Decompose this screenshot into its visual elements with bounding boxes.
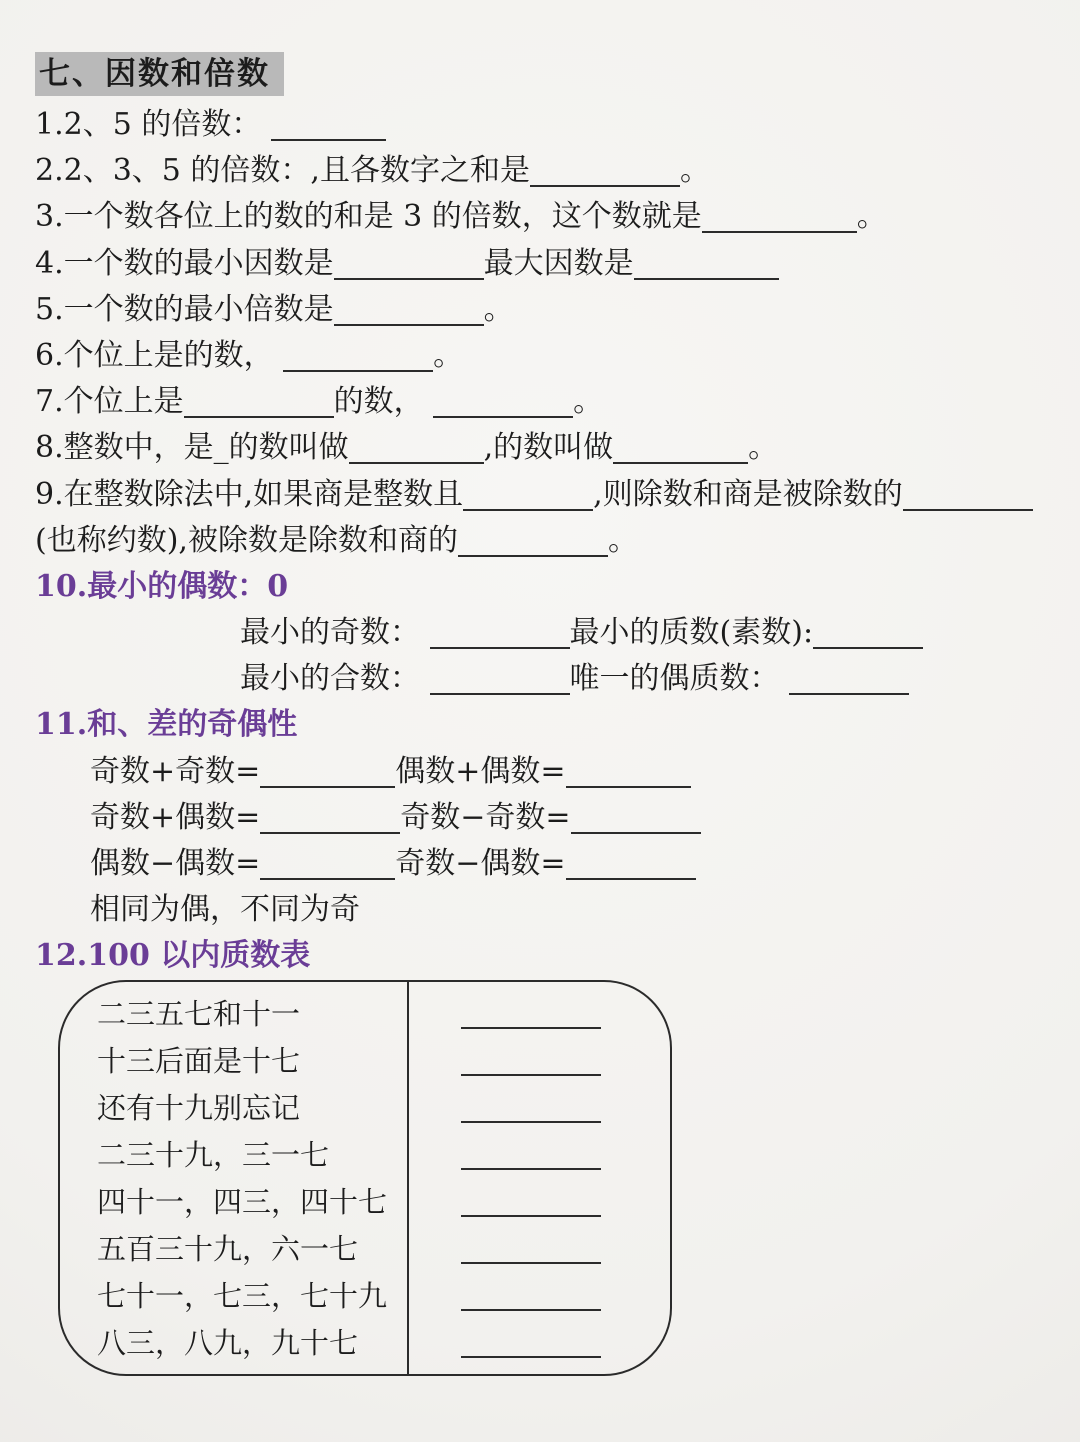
answer-blank-row (409, 1038, 670, 1085)
fill-blank (260, 758, 395, 788)
fill-blank (458, 527, 608, 557)
rhyme-line: 二三十九，三一七 (97, 1132, 407, 1179)
line-text: 12.100 以内质数表 (35, 938, 310, 973)
worksheet-line: 3.一个数各位上的数的和是 3 的倍数，这个数就是。 (35, 194, 1080, 240)
fill-blank (430, 665, 570, 695)
fill-blank (349, 434, 484, 464)
worksheet-lines: 1.2、5 的倍数： 2.2、3、5 的倍数：,且各数字之和是。3.一个数各位上… (35, 102, 1080, 980)
fill-blank (813, 619, 923, 649)
line-text: 8.整数中，是_的数叫做 (35, 430, 349, 465)
answer-blank-line (461, 1309, 601, 1311)
line-text: 。 (433, 338, 463, 373)
answer-blank-row (409, 1273, 670, 1320)
fill-blank (430, 619, 570, 649)
fill-blank (903, 481, 1033, 511)
line-text: 的数， (334, 384, 434, 419)
line-text: 7.个位上是 (35, 384, 184, 419)
answer-blank-line (461, 1027, 601, 1029)
worksheet-content: 七、因数和倍数 1.2、5 的倍数： 2.2、3、5 的倍数：,且各数字之和是。… (0, 0, 1080, 1376)
line-text: 奇数−奇数= (400, 800, 570, 835)
fill-blank (613, 434, 748, 464)
answer-blank-line (461, 1215, 601, 1217)
worksheet-line: 11.和、差的奇偶性 (35, 702, 1080, 748)
fill-blank (566, 850, 696, 880)
answer-blank-row (409, 1226, 670, 1273)
line-text: 最小的质数(素数): (570, 615, 814, 650)
worksheet-line: 最小的合数： 唯一的偶质数： (35, 656, 1080, 702)
line-text: 3.一个数各位上的数的和是 3 的倍数，这个数就是 (35, 199, 702, 234)
worksheet-line: 4.一个数的最小因数是最大因数是 (35, 241, 1080, 287)
fill-blank (334, 250, 484, 280)
worksheet-line: 12.100 以内质数表 (35, 933, 1080, 979)
line-text: 最小的奇数： (240, 615, 430, 650)
line-text: 2.2、3、5 的倍数：,且各数字之和是 (35, 153, 530, 188)
fill-blank (283, 342, 433, 372)
line-text: 。 (608, 523, 638, 558)
line-text: 最大因数是 (484, 246, 634, 281)
rhyme-line: 二三五七和十一 (97, 991, 407, 1038)
line-text: 6.个位上是的数， (35, 338, 283, 373)
line-text: 最小的合数： (240, 661, 430, 696)
worksheet-line: 偶数−偶数=奇数−偶数= (35, 841, 1080, 887)
fill-blank (789, 665, 909, 695)
rhyme-line: 七十一，七三，七十九 (97, 1273, 407, 1320)
answer-blank-row (409, 991, 670, 1038)
line-text: 9.在整数除法中,如果商是整数且 (35, 477, 463, 512)
answer-blank-line (461, 1121, 601, 1123)
worksheet-page: { "colors": { "ink": "#1c1c1c", "accent_… (0, 0, 1080, 1442)
line-text: (也称约数),被除数是除数和商的 (35, 523, 458, 558)
worksheet-line: 5.一个数的最小倍数是。 (35, 287, 1080, 333)
answer-blank-line (461, 1168, 601, 1170)
worksheet-line: 奇数+偶数=奇数−奇数= (35, 795, 1080, 841)
fill-blank (260, 850, 395, 880)
line-text: 相同为偶，不同为奇 (90, 892, 360, 927)
fill-blank (566, 758, 691, 788)
fill-blank (260, 804, 400, 834)
rhyme-line: 五百三十九，六一七 (97, 1226, 407, 1273)
fill-blank (334, 296, 484, 326)
section-title: 七、因数和倍数 (35, 52, 284, 96)
worksheet-line: (也称约数),被除数是除数和商的。 (35, 518, 1080, 564)
rhyme-line: 还有十九别忘记 (97, 1085, 407, 1132)
worksheet-line: 6.个位上是的数， 。 (35, 333, 1080, 379)
line-text: 10.最小的偶数：0 (35, 569, 288, 604)
prime-answer-column (407, 982, 670, 1374)
fill-blank (530, 157, 680, 187)
answer-blank-line (461, 1356, 601, 1358)
fill-blank (184, 388, 334, 418)
fill-blank (634, 250, 779, 280)
answer-blank-line (461, 1074, 601, 1076)
line-text: 奇数−偶数= (395, 846, 565, 881)
line-text: 5.一个数的最小倍数是 (35, 292, 334, 327)
fill-blank (433, 388, 573, 418)
prime-table: 二三五七和十一十三后面是十七还有十九别忘记二三十九，三一七四十一，四三，四十七五… (58, 980, 672, 1376)
fill-blank (571, 804, 701, 834)
line-text: 。 (484, 292, 514, 327)
worksheet-line: 7.个位上是的数， 。 (35, 379, 1080, 425)
line-text: 。 (573, 384, 603, 419)
worksheet-line: 1.2、5 的倍数： (35, 102, 1080, 148)
worksheet-line: 10.最小的偶数：0 (35, 564, 1080, 610)
answer-blank-row (409, 1132, 670, 1179)
answer-blank-row (409, 1179, 670, 1226)
line-text: 。 (857, 199, 887, 234)
line-text: 。 (680, 153, 710, 188)
fill-blank (702, 203, 857, 233)
line-text: 唯一的偶质数： (570, 661, 790, 696)
line-text: 。 (748, 430, 778, 465)
worksheet-line: 奇数+奇数=偶数+偶数= (35, 749, 1080, 795)
answer-blank-row (409, 1320, 670, 1367)
answer-blank-line (461, 1262, 601, 1264)
fill-blank (271, 111, 386, 141)
line-text: 偶数−偶数= (90, 846, 260, 881)
line-text: 奇数+偶数= (90, 800, 260, 835)
worksheet-line: 相同为偶，不同为奇 (35, 887, 1080, 933)
worksheet-line: 2.2、3、5 的倍数：,且各数字之和是。 (35, 148, 1080, 194)
fill-blank (463, 481, 593, 511)
worksheet-line: 9.在整数除法中,如果商是整数且,则除数和商是被除数的 (35, 472, 1080, 518)
line-text: 偶数+偶数= (395, 754, 565, 789)
line-text: 奇数+奇数= (90, 754, 260, 789)
line-text: 11.和、差的奇偶性 (35, 707, 297, 742)
worksheet-line: 最小的奇数： 最小的质数(素数): (35, 610, 1080, 656)
rhyme-line: 八三，八九，九十七 (97, 1320, 407, 1367)
answer-blank-row (409, 1085, 670, 1132)
prime-rhyme-column: 二三五七和十一十三后面是十七还有十九别忘记二三十九，三一七四十一，四三，四十七五… (60, 982, 407, 1374)
rhyme-line: 十三后面是十七 (97, 1038, 407, 1085)
line-text: ,的数叫做 (484, 430, 614, 465)
line-text: 1.2、5 的倍数： (35, 107, 271, 142)
line-text: ,则除数和商是被除数的 (593, 477, 903, 512)
worksheet-line: 8.整数中，是_的数叫做,的数叫做。 (35, 425, 1080, 471)
line-text: 4.一个数的最小因数是 (35, 246, 334, 281)
rhyme-line: 四十一，四三，四十七 (97, 1179, 407, 1226)
